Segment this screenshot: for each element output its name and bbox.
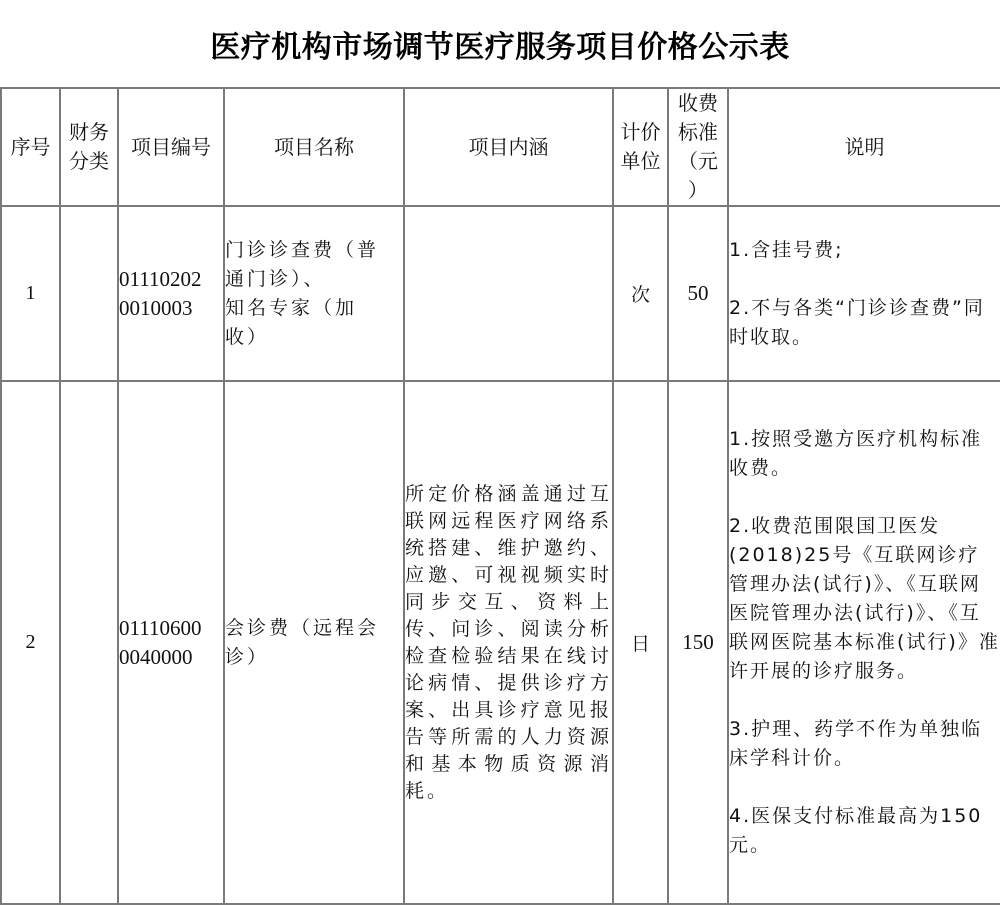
note-item: 1.含挂号费;: [729, 236, 1000, 265]
note-item: 1.按照受邀方医疗机构标准收费。: [729, 425, 1000, 483]
header-item-code: 项目编号: [118, 88, 224, 206]
page-title: 医疗机构市场调节医疗服务项目价格公示表: [0, 0, 1000, 87]
cell-seq: 2: [1, 381, 60, 904]
cell-item-content: [404, 206, 613, 381]
cell-seq: 1: [1, 206, 60, 381]
header-seq: 序号: [1, 88, 60, 206]
cell-notes: 1.按照受邀方医疗机构标准收费。 2.收费范围限国卫医发(2018)25号《互联…: [728, 381, 1000, 904]
cell-item-code: 01110202 0010003: [118, 206, 224, 381]
cell-finance-category: [60, 206, 118, 381]
header-finance-category: 财务 分类: [60, 88, 118, 206]
cell-finance-category: [60, 381, 118, 904]
header-notes: 说明: [728, 88, 1000, 206]
cell-item-code: 01110600 0040000: [118, 381, 224, 904]
cell-unit: 日: [613, 381, 668, 904]
header-item-content: 项目内涵: [404, 88, 613, 206]
note-item: 2.不与各类“门诊诊查费”同时收取。: [729, 294, 1000, 352]
table-row: 1 01110202 0010003 门诊诊查费（普 通门诊）、 知名专家（加 …: [1, 206, 1000, 381]
note-item: 4.医保支付标准最高为150元。: [729, 802, 1000, 860]
cell-fee: 50: [668, 206, 728, 381]
cell-item-content: 所定价格涵盖通过互联网远程医疗网络系统搭建、维护邀约、应邀、可视视频实时同步交互…: [404, 381, 613, 904]
cell-unit: 次: [613, 206, 668, 381]
cell-item-name: 会诊费（远程会 诊）: [224, 381, 404, 904]
header-item-name: 项目名称: [224, 88, 404, 206]
note-item: 2.收费范围限国卫医发(2018)25号《互联网诊疗管理办法(试行)》、《互联网…: [729, 512, 1000, 686]
header-unit: 计价 单位: [613, 88, 668, 206]
header-row: 序号 财务 分类 项目编号 项目名称 项目内涵 计价 单位 收费 标准 （元 ）…: [1, 88, 1000, 206]
cell-item-name: 门诊诊查费（普 通门诊）、 知名专家（加 收）: [224, 206, 404, 381]
note-item: 3.护理、药学不作为单独临床学科计价。: [729, 715, 1000, 773]
table-row: 2 01110600 0040000 会诊费（远程会 诊） 所定价格涵盖通过互联…: [1, 381, 1000, 904]
cell-fee: 150: [668, 381, 728, 904]
cell-notes: 1.含挂号费; 2.不与各类“门诊诊查费”同时收取。: [728, 206, 1000, 381]
price-table: 序号 财务 分类 项目编号 项目名称 项目内涵 计价 单位 收费 标准 （元 ）…: [0, 87, 1000, 905]
header-fee: 收费 标准 （元 ）: [668, 88, 728, 206]
